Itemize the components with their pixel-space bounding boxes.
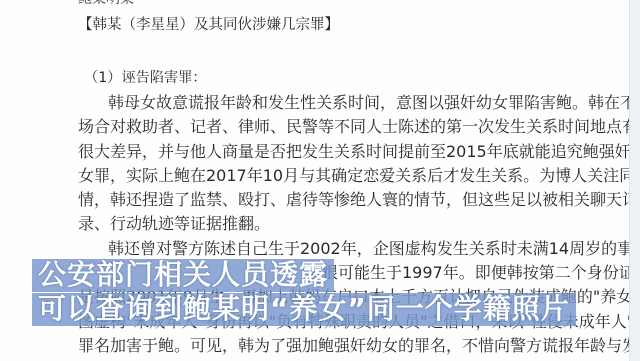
document-top-line: 鲍某明某 <box>78 0 134 8</box>
paragraph-line: 很大差异，并与他人商量是否把发生关系时间提前至2015年底就能追究鲍强奸幼 <box>78 139 640 163</box>
caption-line-1: 公安部门相关人员透露 <box>32 259 334 292</box>
paragraph-line: 场合对救助者、记者、律师、民警等不同人士陈述的第一次发生关系时间地点有 <box>78 114 640 138</box>
paragraph-line: 韩还曾对警方陈述自己生于2002年，企图虚构发生关系时未满14周岁的事实。 <box>78 236 640 260</box>
document-heading: 【韩某（李星星）及其同伙涉嫌几宗罪】 <box>78 13 339 34</box>
paragraph-line: 女罪，实际上鲍在2017年10月与其确定恋爱关系后才发生关系。为博人关注同 <box>78 163 640 187</box>
paragraph-line: 罪名加害于鲍。可见，韩为了强加鲍强奸幼女的罪名，不惜向警方谎报年龄与发 <box>78 333 640 357</box>
paragraph-line: 韩母女故意谎报年龄和发生性关系时间，意图以强奸幼女罪陷害鲍。韩在不同 <box>78 90 640 114</box>
document-page: 鲍某明某 【韩某（李星星）及其同伙涉嫌几宗罪】 （1）诬告陷害罪： 韩母女故意谎… <box>0 0 640 361</box>
section-title: （1）诬告陷害罪： <box>84 67 207 87</box>
caption-line-2: 可以查询到鲍某明“养女”同一个学籍照片 <box>32 293 576 326</box>
paragraph-line: 录、行动轨迹等证据推翻。 <box>78 211 640 235</box>
paragraph-line: 情，韩还捏造了监禁、殴打、虐待等惨绝人寰的情节，但这些足以被相关聊天记 <box>78 187 640 211</box>
page-edge <box>629 0 640 361</box>
